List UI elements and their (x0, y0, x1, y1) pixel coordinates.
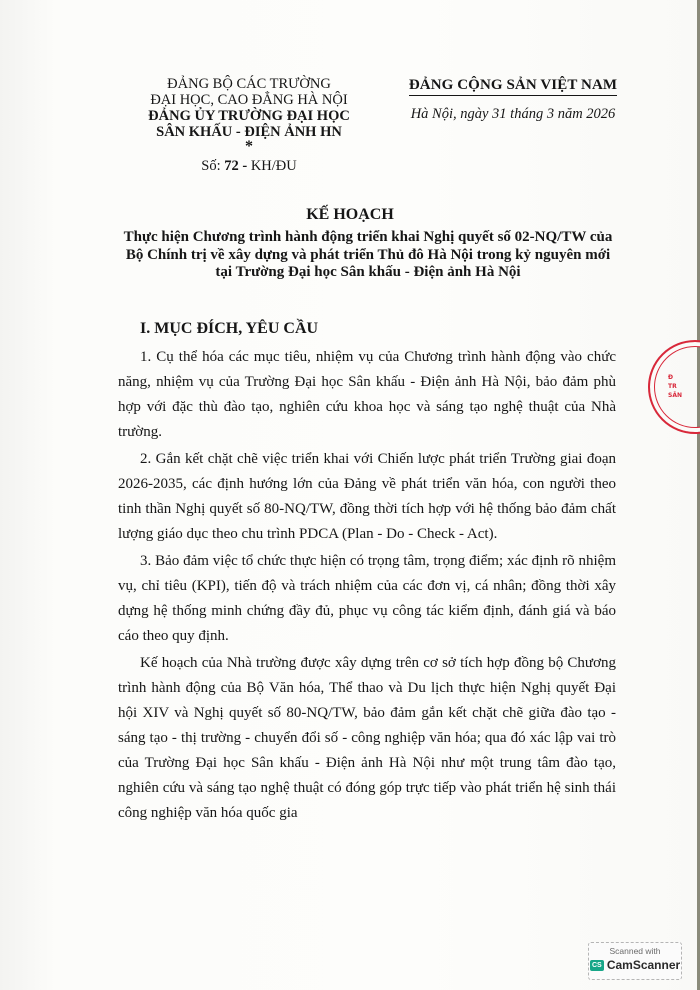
seal-text-line: TR (668, 382, 682, 391)
dateline: Hà Nội, ngày 31 tháng 3 năm 2026 (388, 106, 638, 123)
camscanner-watermark: Scanned with CS CamScanner (588, 942, 682, 980)
document-number: Số: 72 - KH/ĐU (118, 158, 380, 174)
camscanner-name: CamScanner (607, 958, 680, 972)
seal-text-line: SÂN (668, 391, 682, 400)
seal-text: Đ TR SÂN (668, 373, 682, 400)
star-mark: * (118, 140, 380, 154)
party-name: ĐẢNG CỘNG SẢN VIỆT NAM (409, 77, 617, 96)
authority-line-3: ĐẢNG ỦY TRƯỜNG ĐẠI HỌC (118, 108, 380, 124)
number-value: 72 - (224, 158, 247, 174)
watermark-caption: Scanned with (589, 946, 681, 956)
document-subtitle: Thực hiện Chương trình hành động triển k… (118, 229, 618, 282)
document-title: KẾ HOẠCH (0, 206, 700, 224)
paragraph: 3. Bảo đảm việc tổ chức thực hiện có trọ… (118, 549, 616, 649)
camscanner-logo-icon: CS (590, 960, 604, 971)
national-header: ĐẢNG CỘNG SẢN VIỆT NAM Hà Nội, ngày 31 t… (388, 76, 638, 123)
number-suffix: KH/ĐU (251, 158, 297, 174)
document-body: 1. Cụ thể hóa các mục tiêu, nhiệm vụ của… (118, 345, 616, 826)
seal-text-line: Đ (668, 373, 682, 382)
section-heading: I. MỤC ĐÍCH, YÊU CẦU (140, 320, 318, 338)
number-label: Số: (201, 158, 220, 174)
authority-line-1: ĐẢNG BỘ CÁC TRƯỜNG (118, 76, 380, 92)
authority-line-2: ĐẠI HỌC, CAO ĐẲNG HÀ NỘI (118, 92, 380, 108)
watermark-brand: CS CamScanner (589, 958, 681, 972)
paragraph: 1. Cụ thể hóa các mục tiêu, nhiệm vụ của… (118, 345, 616, 445)
issuing-authority: ĐẢNG BỘ CÁC TRƯỜNG ĐẠI HỌC, CAO ĐẲNG HÀ … (118, 76, 380, 174)
paragraph: Kế hoạch của Nhà trường được xây dựng tr… (118, 651, 616, 826)
paragraph: 2. Gắn kết chặt chẽ việc triển khai với … (118, 447, 616, 547)
